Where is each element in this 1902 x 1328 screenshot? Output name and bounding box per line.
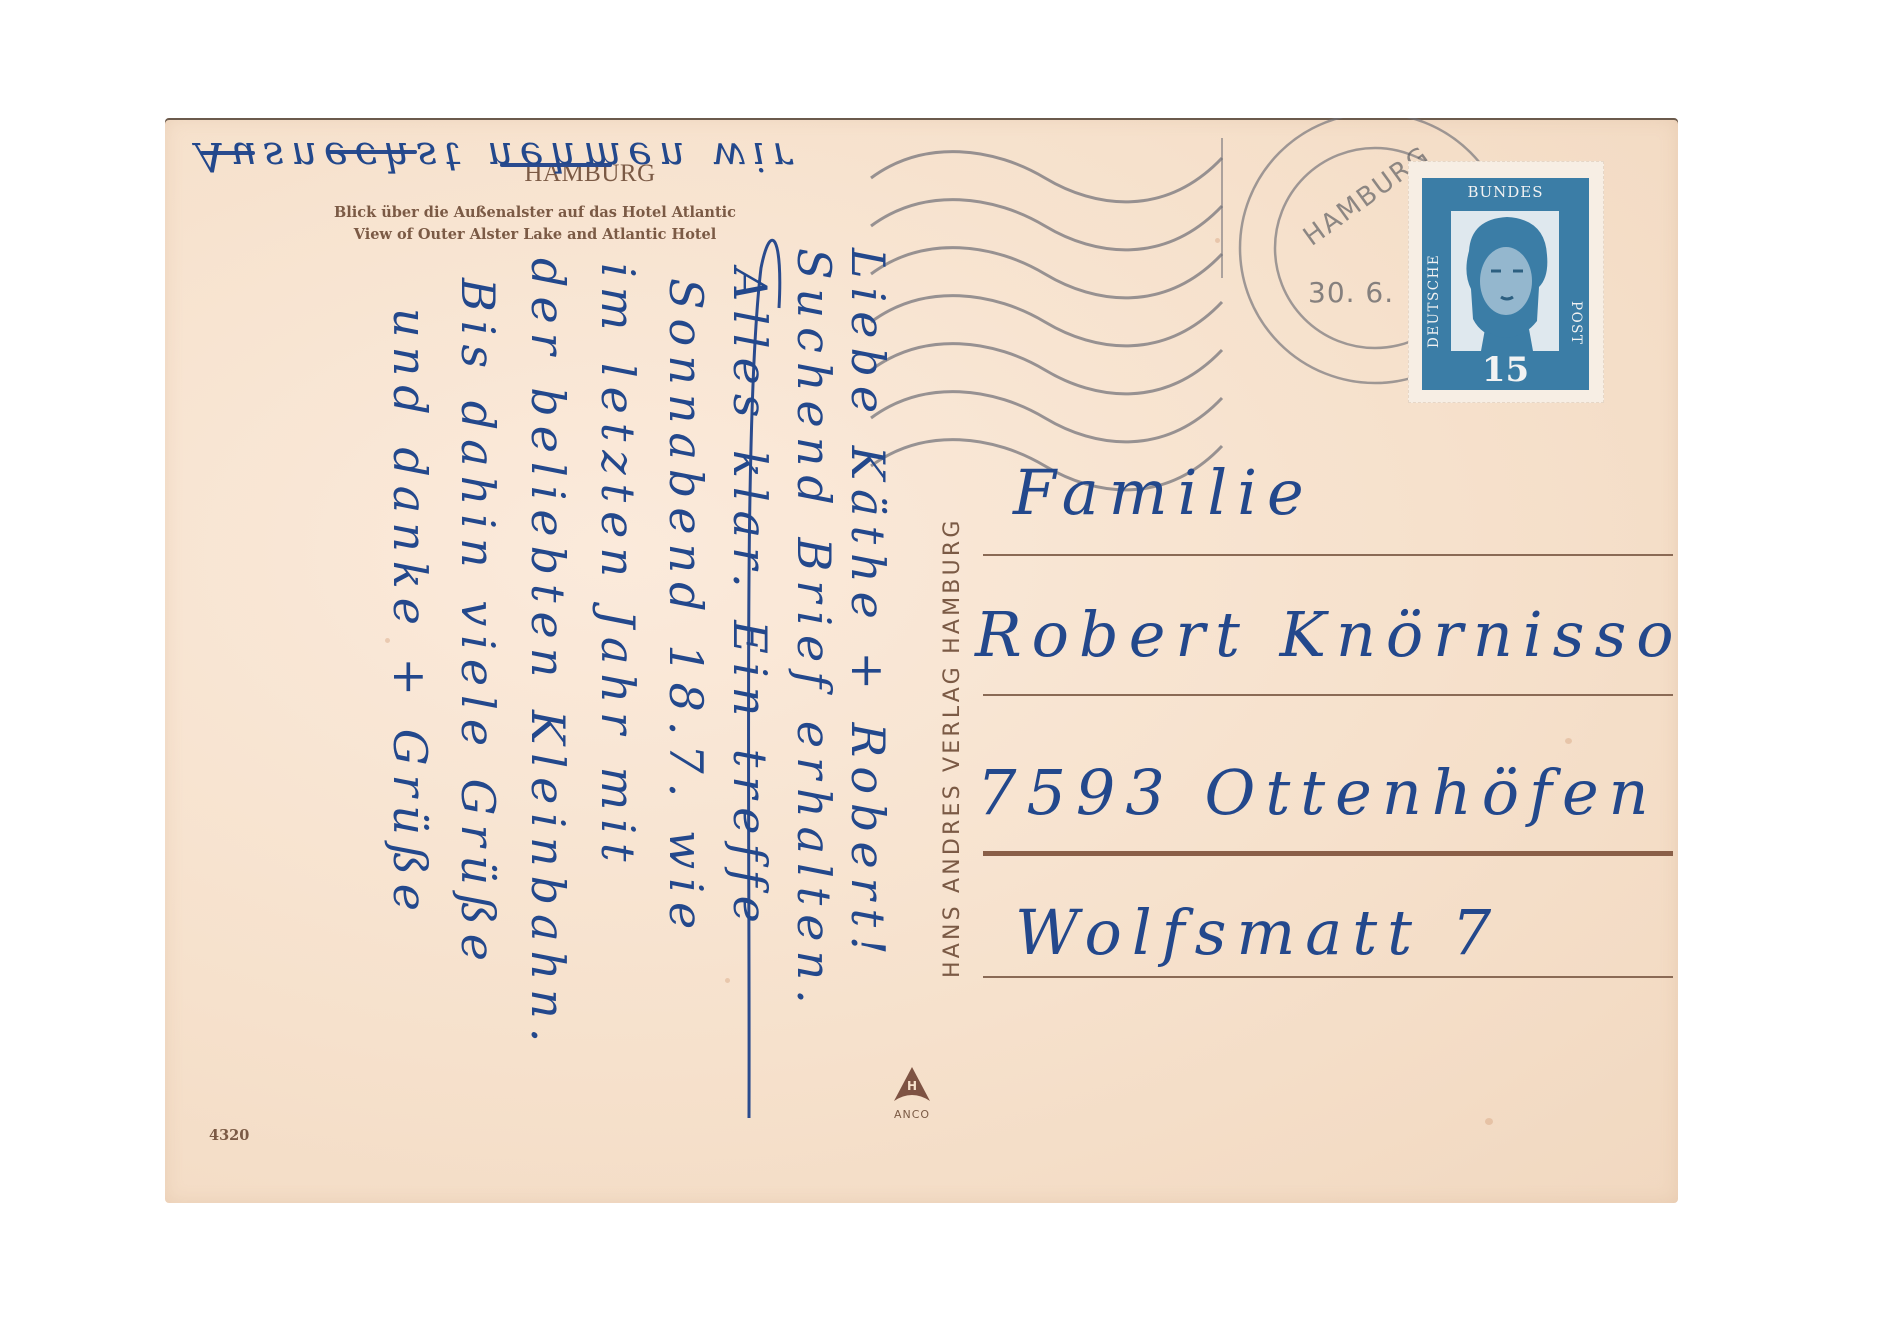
message-column-1: Suchend Brief erhalten. xyxy=(787,248,841,1013)
postcard: HAMBURG Blick über die Außenalster auf d… xyxy=(165,118,1678,1203)
message-column-2: Alles klar. Ein treffe xyxy=(723,268,777,932)
message-column-5: der beliebten Kleinbahn. xyxy=(521,258,575,1051)
message-column-7: und danke + Grüße xyxy=(383,308,437,920)
message-signature: Liebe Käthe + Robert! xyxy=(841,248,895,964)
message-column-4: im letzten Jahr mit xyxy=(591,263,645,870)
message-column-6: Bis dahin viele Grüße xyxy=(451,278,505,970)
message-column-3: Sonnabend 18.7. wie xyxy=(659,278,713,938)
